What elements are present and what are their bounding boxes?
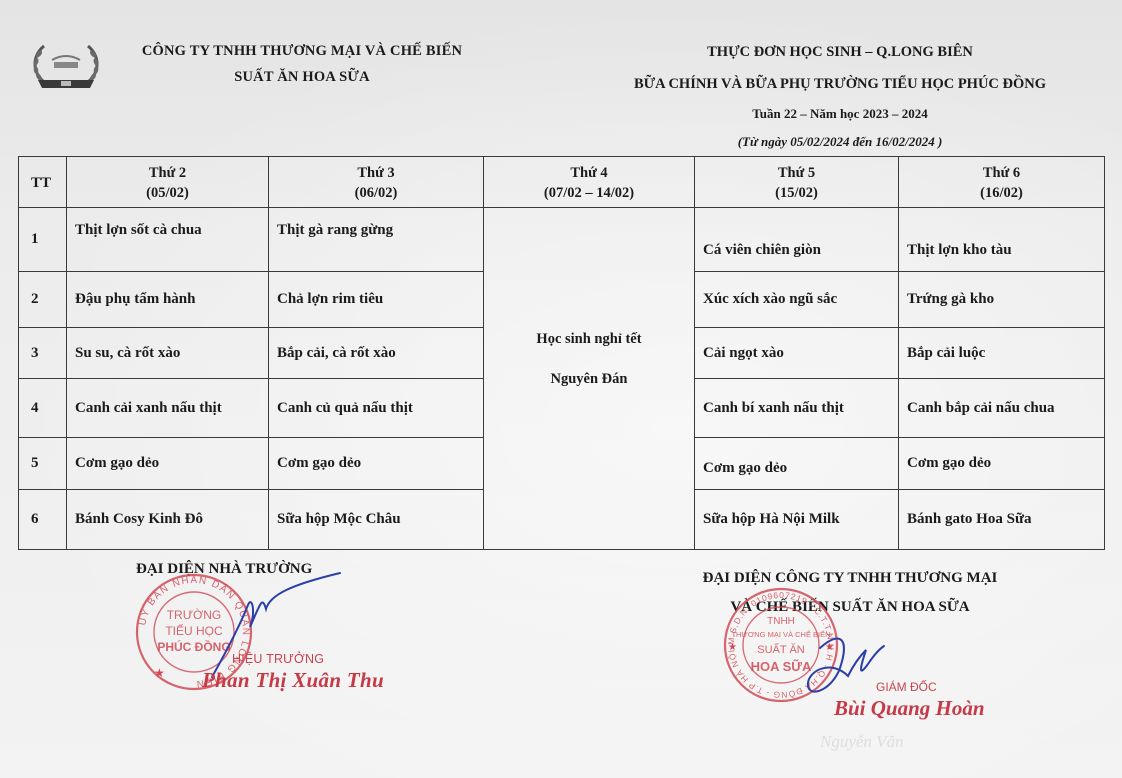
cell-thu6: Thịt lợn kho tàu	[899, 208, 1105, 272]
cell-thu5: Cải ngọt xào	[695, 328, 899, 379]
cell-thu5: Xúc xích xào ngũ sắc	[695, 272, 899, 328]
row-number: 6	[19, 490, 67, 550]
director-role: GIÁM ĐỐC	[876, 680, 937, 694]
cell-thu6: Bánh gato Hoa Sữa	[899, 490, 1105, 550]
weekly-menu-table: TT Thứ 2(05/02) Thứ 3(06/02) Thứ 4(07/02…	[18, 156, 1105, 550]
header-thu6: Thứ 6(16/02)	[899, 157, 1105, 208]
menu-subtitle: BỮA CHÍNH VÀ BỮA PHỤ TRƯỜNG TIỂU HỌC PHÚ…	[590, 76, 1090, 93]
holiday-line2: Nguyên Đán	[492, 366, 686, 392]
stamp-line4: HOA SỮA	[722, 659, 840, 674]
cell-thu3: Bắp cải, cà rốt xào	[269, 328, 484, 379]
cell-thu5: Cá viên chiên giòn	[695, 208, 899, 272]
holiday-line1: Học sinh nghỉ tết	[492, 326, 686, 352]
cell-thu2: Su su, cà rốt xào	[67, 328, 269, 379]
holiday-cell: Học sinh nghỉ tết Nguyên Đán	[484, 208, 695, 550]
row-number: 1	[19, 208, 67, 272]
cell-thu6: Canh bắp cải nấu chua	[899, 379, 1105, 438]
stamp-line1: TRƯỜNG	[134, 608, 254, 622]
cell-thu3: Sữa hộp Mộc Châu	[269, 490, 484, 550]
svg-text:★: ★	[154, 666, 165, 680]
stamp-line2: THƯƠNG MẠI VÀ CHẾ BIẾN	[722, 630, 840, 639]
week-label: Tuần 22 – Năm học 2023 – 2024	[590, 106, 1090, 122]
table-row: 1 Thịt lợn sốt cà chua Thịt gà rang gừng…	[19, 208, 1105, 272]
principal-name: Phan Thị Xuân Thu	[202, 668, 384, 693]
row-number: 5	[19, 438, 67, 490]
company-name-line1: CÔNG TY TNHH THƯƠNG MẠI VÀ CHẾ BIẾN	[112, 38, 492, 64]
stamp-line1: TNHH	[722, 616, 840, 627]
header-tt: TT	[19, 157, 67, 208]
header-thu2: Thứ 2(05/02)	[67, 157, 269, 208]
company-representative-heading: ĐẠI DIỆN CÔNG TY TNHH THƯƠNG MẠI VÀ CHẾ …	[640, 564, 1060, 622]
company-name-line2: SUẤT ĂN HOA SỮA	[112, 64, 492, 90]
faint-bleed-through-text: Nguyễn Văn	[820, 732, 904, 752]
date-range: (Từ ngày 05/02/2024 đến 16/02/2024 )	[590, 134, 1090, 150]
cell-thu6: Bắp cải luộc	[899, 328, 1105, 379]
company-heading-line2: VÀ CHẾ BIẾN SUẤT ĂN HOA SỮA	[640, 593, 1060, 622]
cell-thu5: Cơm gạo dẻo	[695, 438, 899, 490]
cell-thu3: Canh củ quả nấu thịt	[269, 379, 484, 438]
company-heading-line1: ĐẠI DIỆN CÔNG TY TNHH THƯƠNG MẠI	[640, 564, 1060, 593]
cell-thu5: Sữa hộp Hà Nội Milk	[695, 490, 899, 550]
cell-thu3: Thịt gà rang gừng	[269, 208, 484, 272]
header-thu5: Thứ 5(15/02)	[695, 157, 899, 208]
company-stamp-icon: M.S.D.N: 0109607219 - C.T.T.N.H.H · Q.HÀ…	[722, 586, 840, 704]
header-thu3: Thứ 3(06/02)	[269, 157, 484, 208]
row-number: 3	[19, 328, 67, 379]
cell-thu2: Thịt lợn sốt cà chua	[67, 208, 269, 272]
cell-thu3: Chả lợn rim tiêu	[269, 272, 484, 328]
cell-thu6: Cơm gạo dẻo	[899, 438, 1105, 490]
laurel-wreath-logo-icon	[30, 38, 102, 93]
stamp-line2: TIỂU HỌC	[134, 624, 254, 638]
stamp-line3: SUẤT ĂN	[722, 644, 840, 656]
row-number: 2	[19, 272, 67, 328]
cell-thu2: Cơm gạo dẻo	[67, 438, 269, 490]
cell-thu2: Bánh Cosy Kinh Đô	[67, 490, 269, 550]
row-number: 4	[19, 379, 67, 438]
principal-role: HIỆU TRƯỞNG	[232, 652, 324, 666]
cell-thu3: Cơm gạo dẻo	[269, 438, 484, 490]
cell-thu2: Canh cải xanh nấu thịt	[67, 379, 269, 438]
cell-thu5: Canh bí xanh nấu thịt	[695, 379, 899, 438]
company-header: CÔNG TY TNHH THƯƠNG MẠI VÀ CHẾ BIẾN SUẤT…	[112, 38, 492, 90]
menu-title: THỰC ĐƠN HỌC SINH – Q.LONG BIÊN	[590, 44, 1090, 61]
director-name: Bùi Quang Hoàn	[834, 696, 985, 721]
table-header-row: TT Thứ 2(05/02) Thứ 3(06/02) Thứ 4(07/02…	[19, 157, 1105, 208]
cell-thu6: Trứng gà kho	[899, 272, 1105, 328]
header-thu4: Thứ 4(07/02 – 14/02)	[484, 157, 695, 208]
cell-thu2: Đậu phụ tẩm hành	[67, 272, 269, 328]
